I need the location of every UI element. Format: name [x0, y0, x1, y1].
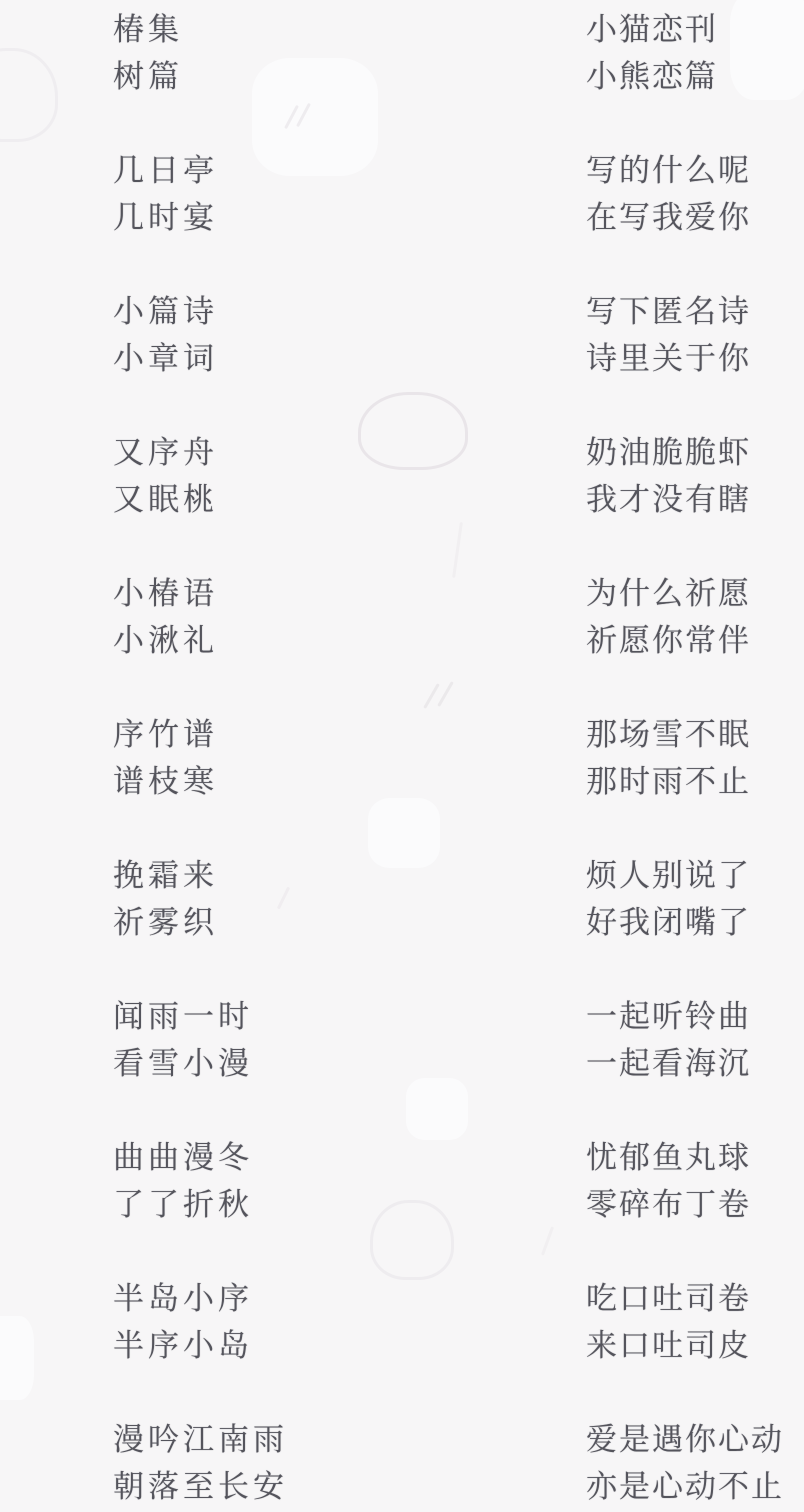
quote-line: 烦人别说了: [586, 852, 751, 899]
right-column: 写的什么呢在写我爱你: [586, 147, 751, 241]
quote-line: 祈愿你常伴: [586, 617, 751, 664]
quote-line: 一起看海沉: [586, 1040, 751, 1087]
name-line: 挽霜来: [113, 852, 218, 899]
name-line: 几日亭: [113, 147, 218, 194]
pair-row: 序竹谱谱枝寒那场雪不眠那时雨不止: [0, 711, 804, 805]
pair-row: 小椿语小湫礼为什么祈愿祈愿你常伴: [0, 570, 804, 664]
pair-row: 椿集树篇小猫恋刊小熊恋篇: [0, 6, 804, 100]
quote-line: 写的什么呢: [586, 147, 751, 194]
left-column: 又序舟又眠桃: [113, 429, 218, 523]
left-column: 小椿语小湫礼: [113, 570, 218, 664]
right-column: 那场雪不眠那时雨不止: [586, 711, 751, 805]
right-column: 忧郁鱼丸球零碎布丁卷: [586, 1134, 751, 1228]
pair-row: 半岛小序半序小岛吃口吐司卷来口吐司皮: [0, 1275, 804, 1369]
name-line: 小湫礼: [113, 617, 218, 664]
right-column: 奶油脆脆虾我才没有瞎: [586, 429, 751, 523]
quote-line: 诗里关于你: [586, 335, 751, 382]
quote-line: 零碎布丁卷: [586, 1181, 751, 1228]
name-line: 小椿语: [113, 570, 218, 617]
quote-line: 爱是遇你心动: [586, 1416, 784, 1463]
name-line: 漫吟江南雨: [113, 1416, 288, 1463]
right-column: 一起听铃曲一起看海沉: [586, 993, 751, 1087]
pair-row: 漫吟江南雨朝落至长安爱是遇你心动亦是心动不止: [0, 1416, 804, 1510]
name-line: 了了折秋: [113, 1181, 253, 1228]
name-line: 序竹谱: [113, 711, 218, 758]
name-line: 树篇: [113, 53, 183, 100]
right-column: 写下匿名诗诗里关于你: [586, 288, 751, 382]
left-column: 小篇诗小章词: [113, 288, 218, 382]
name-line: 谱枝寒: [113, 758, 218, 805]
left-column: 椿集树篇: [113, 6, 183, 100]
name-line: 几时宴: [113, 194, 218, 241]
name-line: 小篇诗: [113, 288, 218, 335]
right-column: 爱是遇你心动亦是心动不止: [586, 1416, 784, 1510]
left-column: 挽霜来祈雾织: [113, 852, 218, 946]
quote-line: 在写我爱你: [586, 194, 751, 241]
left-column: 序竹谱谱枝寒: [113, 711, 218, 805]
pair-row: 挽霜来祈雾织烦人别说了好我闭嘴了: [0, 852, 804, 946]
name-line: 看雪小漫: [113, 1040, 253, 1087]
name-line: 半序小岛: [113, 1322, 253, 1369]
quote-line: 亦是心动不止: [586, 1463, 784, 1510]
name-line: 朝落至长安: [113, 1463, 288, 1510]
pair-row: 闻雨一时看雪小漫一起听铃曲一起看海沉: [0, 993, 804, 1087]
left-column: 漫吟江南雨朝落至长安: [113, 1416, 288, 1510]
pair-row: 又序舟又眠桃奶油脆脆虾我才没有瞎: [0, 429, 804, 523]
name-line: 椿集: [113, 6, 183, 53]
name-line: 小章词: [113, 335, 218, 382]
left-column: 半岛小序半序小岛: [113, 1275, 253, 1369]
quote-line: 我才没有瞎: [586, 476, 751, 523]
name-line: 半岛小序: [113, 1275, 253, 1322]
name-line: 又眠桃: [113, 476, 218, 523]
left-column: 曲曲漫冬了了折秋: [113, 1134, 253, 1228]
quote-line: 写下匿名诗: [586, 288, 751, 335]
pair-row: 曲曲漫冬了了折秋忧郁鱼丸球零碎布丁卷: [0, 1134, 804, 1228]
left-column: 几日亭几时宴: [113, 147, 218, 241]
quote-line: 为什么祈愿: [586, 570, 751, 617]
quote-line: 奶油脆脆虾: [586, 429, 751, 476]
pair-row: 小篇诗小章词写下匿名诗诗里关于你: [0, 288, 804, 382]
pair-row: 几日亭几时宴写的什么呢在写我爱你: [0, 147, 804, 241]
quote-line: 那场雪不眠: [586, 711, 751, 758]
name-line: 祈雾织: [113, 899, 218, 946]
left-column: 闻雨一时看雪小漫: [113, 993, 253, 1087]
quote-line: 忧郁鱼丸球: [586, 1134, 751, 1181]
right-column: 吃口吐司卷来口吐司皮: [586, 1275, 751, 1369]
quote-line: 一起听铃曲: [586, 993, 751, 1040]
name-line: 曲曲漫冬: [113, 1134, 253, 1181]
quote-line: 来口吐司皮: [586, 1322, 751, 1369]
quote-line: 好我闭嘴了: [586, 899, 751, 946]
quote-line: 那时雨不止: [586, 758, 751, 805]
name-line: 闻雨一时: [113, 993, 253, 1040]
quote-line: 小熊恋篇: [586, 53, 718, 100]
quote-line: 吃口吐司卷: [586, 1275, 751, 1322]
quote-line: 小猫恋刊: [586, 6, 718, 53]
right-column: 小猫恋刊小熊恋篇: [586, 6, 718, 100]
nickname-list: 椿集树篇小猫恋刊小熊恋篇几日亭几时宴写的什么呢在写我爱你小篇诗小章词写下匿名诗诗…: [0, 6, 804, 1510]
right-column: 为什么祈愿祈愿你常伴: [586, 570, 751, 664]
right-column: 烦人别说了好我闭嘴了: [586, 852, 751, 946]
name-line: 又序舟: [113, 429, 218, 476]
